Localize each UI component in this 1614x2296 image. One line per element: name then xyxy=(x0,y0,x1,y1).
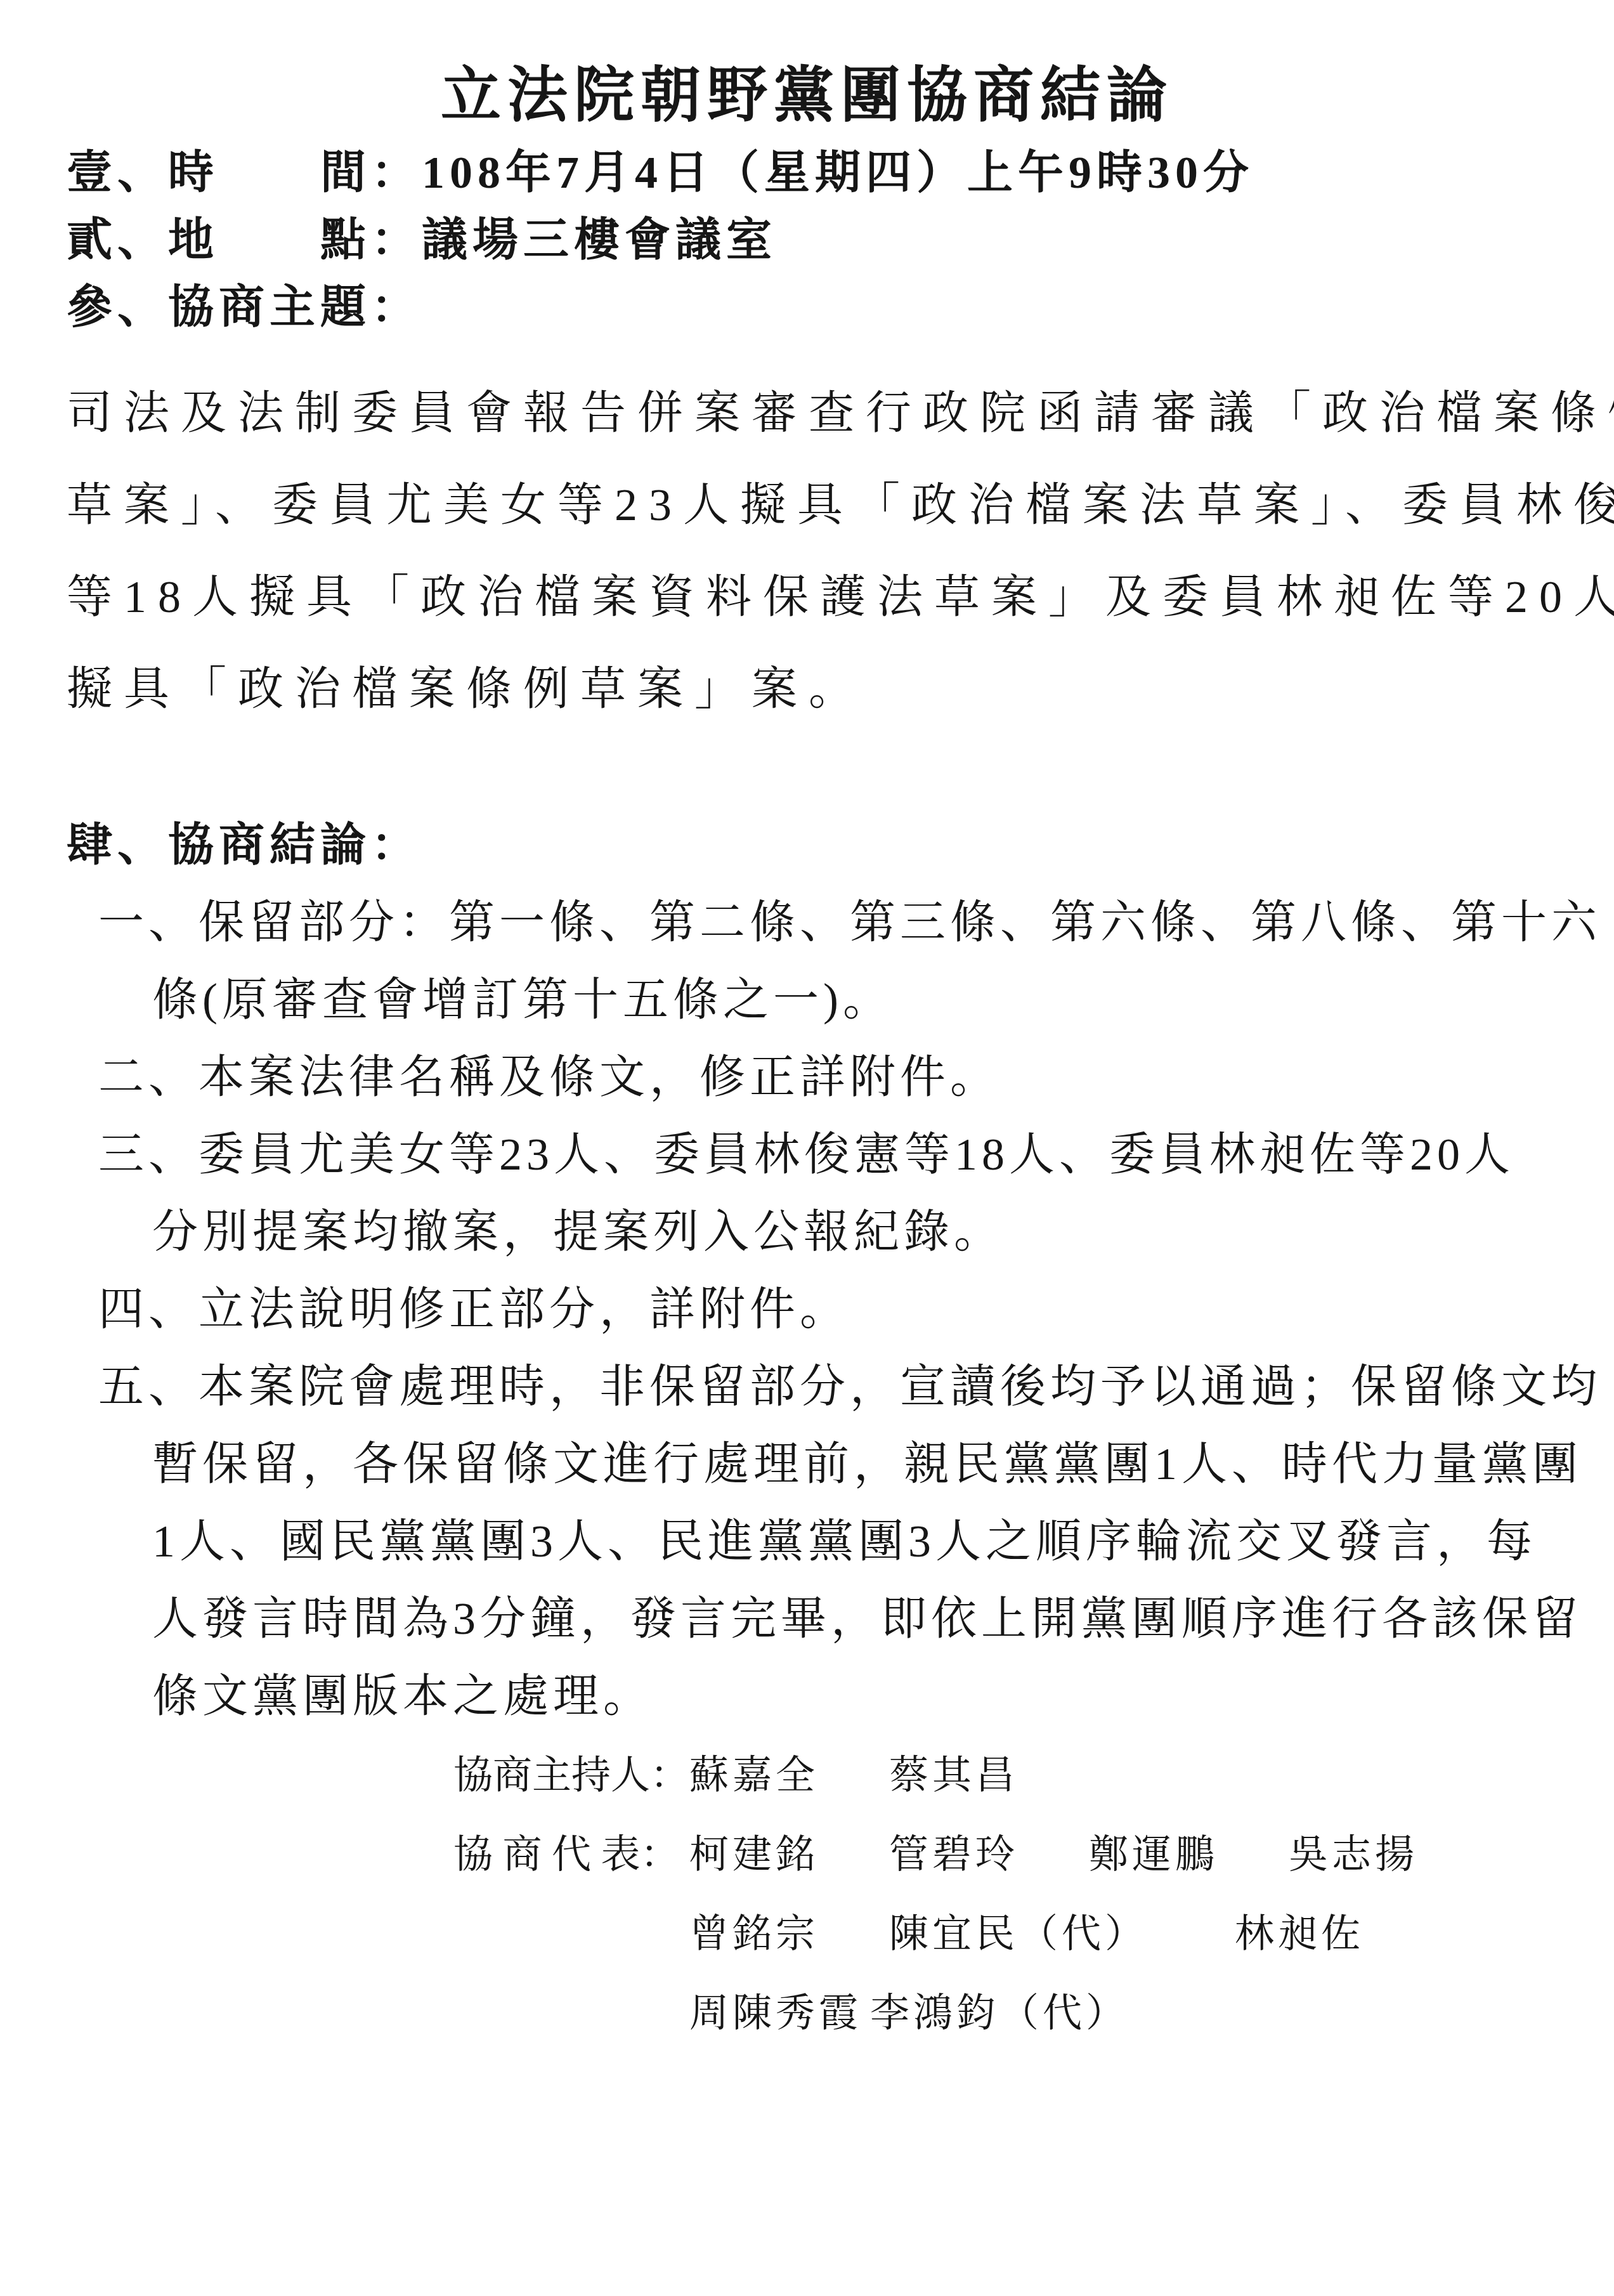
conclusion-item-4: 四、立法說明修正部分，詳附件。 xyxy=(152,1270,1614,1348)
topic-paragraph: 司法及法制委員會報告併案審查行政院函請審議「政治檔案條例 草案」、委員尤美女等2… xyxy=(67,367,1614,735)
conclusion-items: 一、保留部分：第一條、第二條、第三條、第六條、第八條、第十六 條(原審查會增訂第… xyxy=(67,884,1614,1735)
signature-block: 協商主持人： 蘇嘉全 蔡其昌 協 商 代 表： 柯建銘 管碧玲 鄭運鵬 吳志揚 … xyxy=(453,1744,1614,2061)
topic-heading: 參、協商主題： xyxy=(67,273,1614,341)
signature-row-reps-2: 曾銘宗 陳宜民（代） 林昶佐 xyxy=(453,1902,1614,1981)
chair-label: 協商主持人： xyxy=(453,1744,689,1800)
chair-name: 蘇嘉全 xyxy=(689,1744,889,1800)
chair-name: 蔡其昌 xyxy=(889,1744,1019,1800)
conclusion-item-1: 一、保留部分：第一條、第二條、第三條、第六條、第八條、第十六 條(原審查會增訂第… xyxy=(152,884,1614,1038)
conclusion-item-5: 五、本案院會處理時，非保留部分，宣讀後均予以通過；保留條文均 暫保留，各保留條文… xyxy=(152,1348,1614,1735)
meta-section: 壹、時 間：108年7月4日（星期四）上午9時30分 貳、地 點：議場三樓會議室… xyxy=(67,139,1614,341)
rep-name: 柯建銘 xyxy=(689,1823,889,1879)
rep-name: 吳志揚 xyxy=(1289,1823,1418,1879)
rep-name: 林昶佐 xyxy=(1235,1902,1364,1959)
rep-name: 周陳秀霞 xyxy=(689,1981,870,2038)
rep-name: 管碧玲 xyxy=(889,1823,1089,1879)
signature-row-reps-1: 協 商 代 表： 柯建銘 管碧玲 鄭運鵬 吳志揚 xyxy=(453,1823,1614,1902)
meta-time-line: 壹、時 間：108年7月4日（星期四）上午9時30分 xyxy=(67,139,1614,206)
document-page: 立法院朝野黨團協商結論 壹、時 間：108年7月4日（星期四）上午9時30分 貳… xyxy=(0,0,1614,2296)
meta-place-line: 貳、地 點：議場三樓會議室 xyxy=(67,206,1614,273)
conclusion-heading: 肆、協商結論： xyxy=(67,806,1614,884)
rep-name: 鄭運鵬 xyxy=(1089,1823,1289,1879)
rep-label: 協 商 代 表： xyxy=(453,1823,689,1879)
conclusion-item-2: 二、本案法律名稱及條文，修正詳附件。 xyxy=(152,1038,1614,1116)
rep-name: 李鴻鈞（代） xyxy=(870,1981,1129,2038)
rep-name: 曾銘宗 xyxy=(689,1902,889,1959)
conclusion-section: 肆、協商結論： 一、保留部分：第一條、第二條、第三條、第六條、第八條、第十六 條… xyxy=(67,806,1614,1735)
rep-name: 陳宜民（代） xyxy=(889,1902,1235,1959)
document-title: 立法院朝野黨團協商結論 xyxy=(67,60,1547,131)
signature-row-chairs: 協商主持人： 蘇嘉全 蔡其昌 xyxy=(453,1744,1614,1823)
signature-row-reps-3: 周陳秀霞 李鴻鈞（代） xyxy=(453,1981,1614,2061)
conclusion-item-3: 三、委員尤美女等23人、委員林俊憲等18人、委員林昶佐等20人 分別提案均撤案，… xyxy=(152,1116,1614,1270)
